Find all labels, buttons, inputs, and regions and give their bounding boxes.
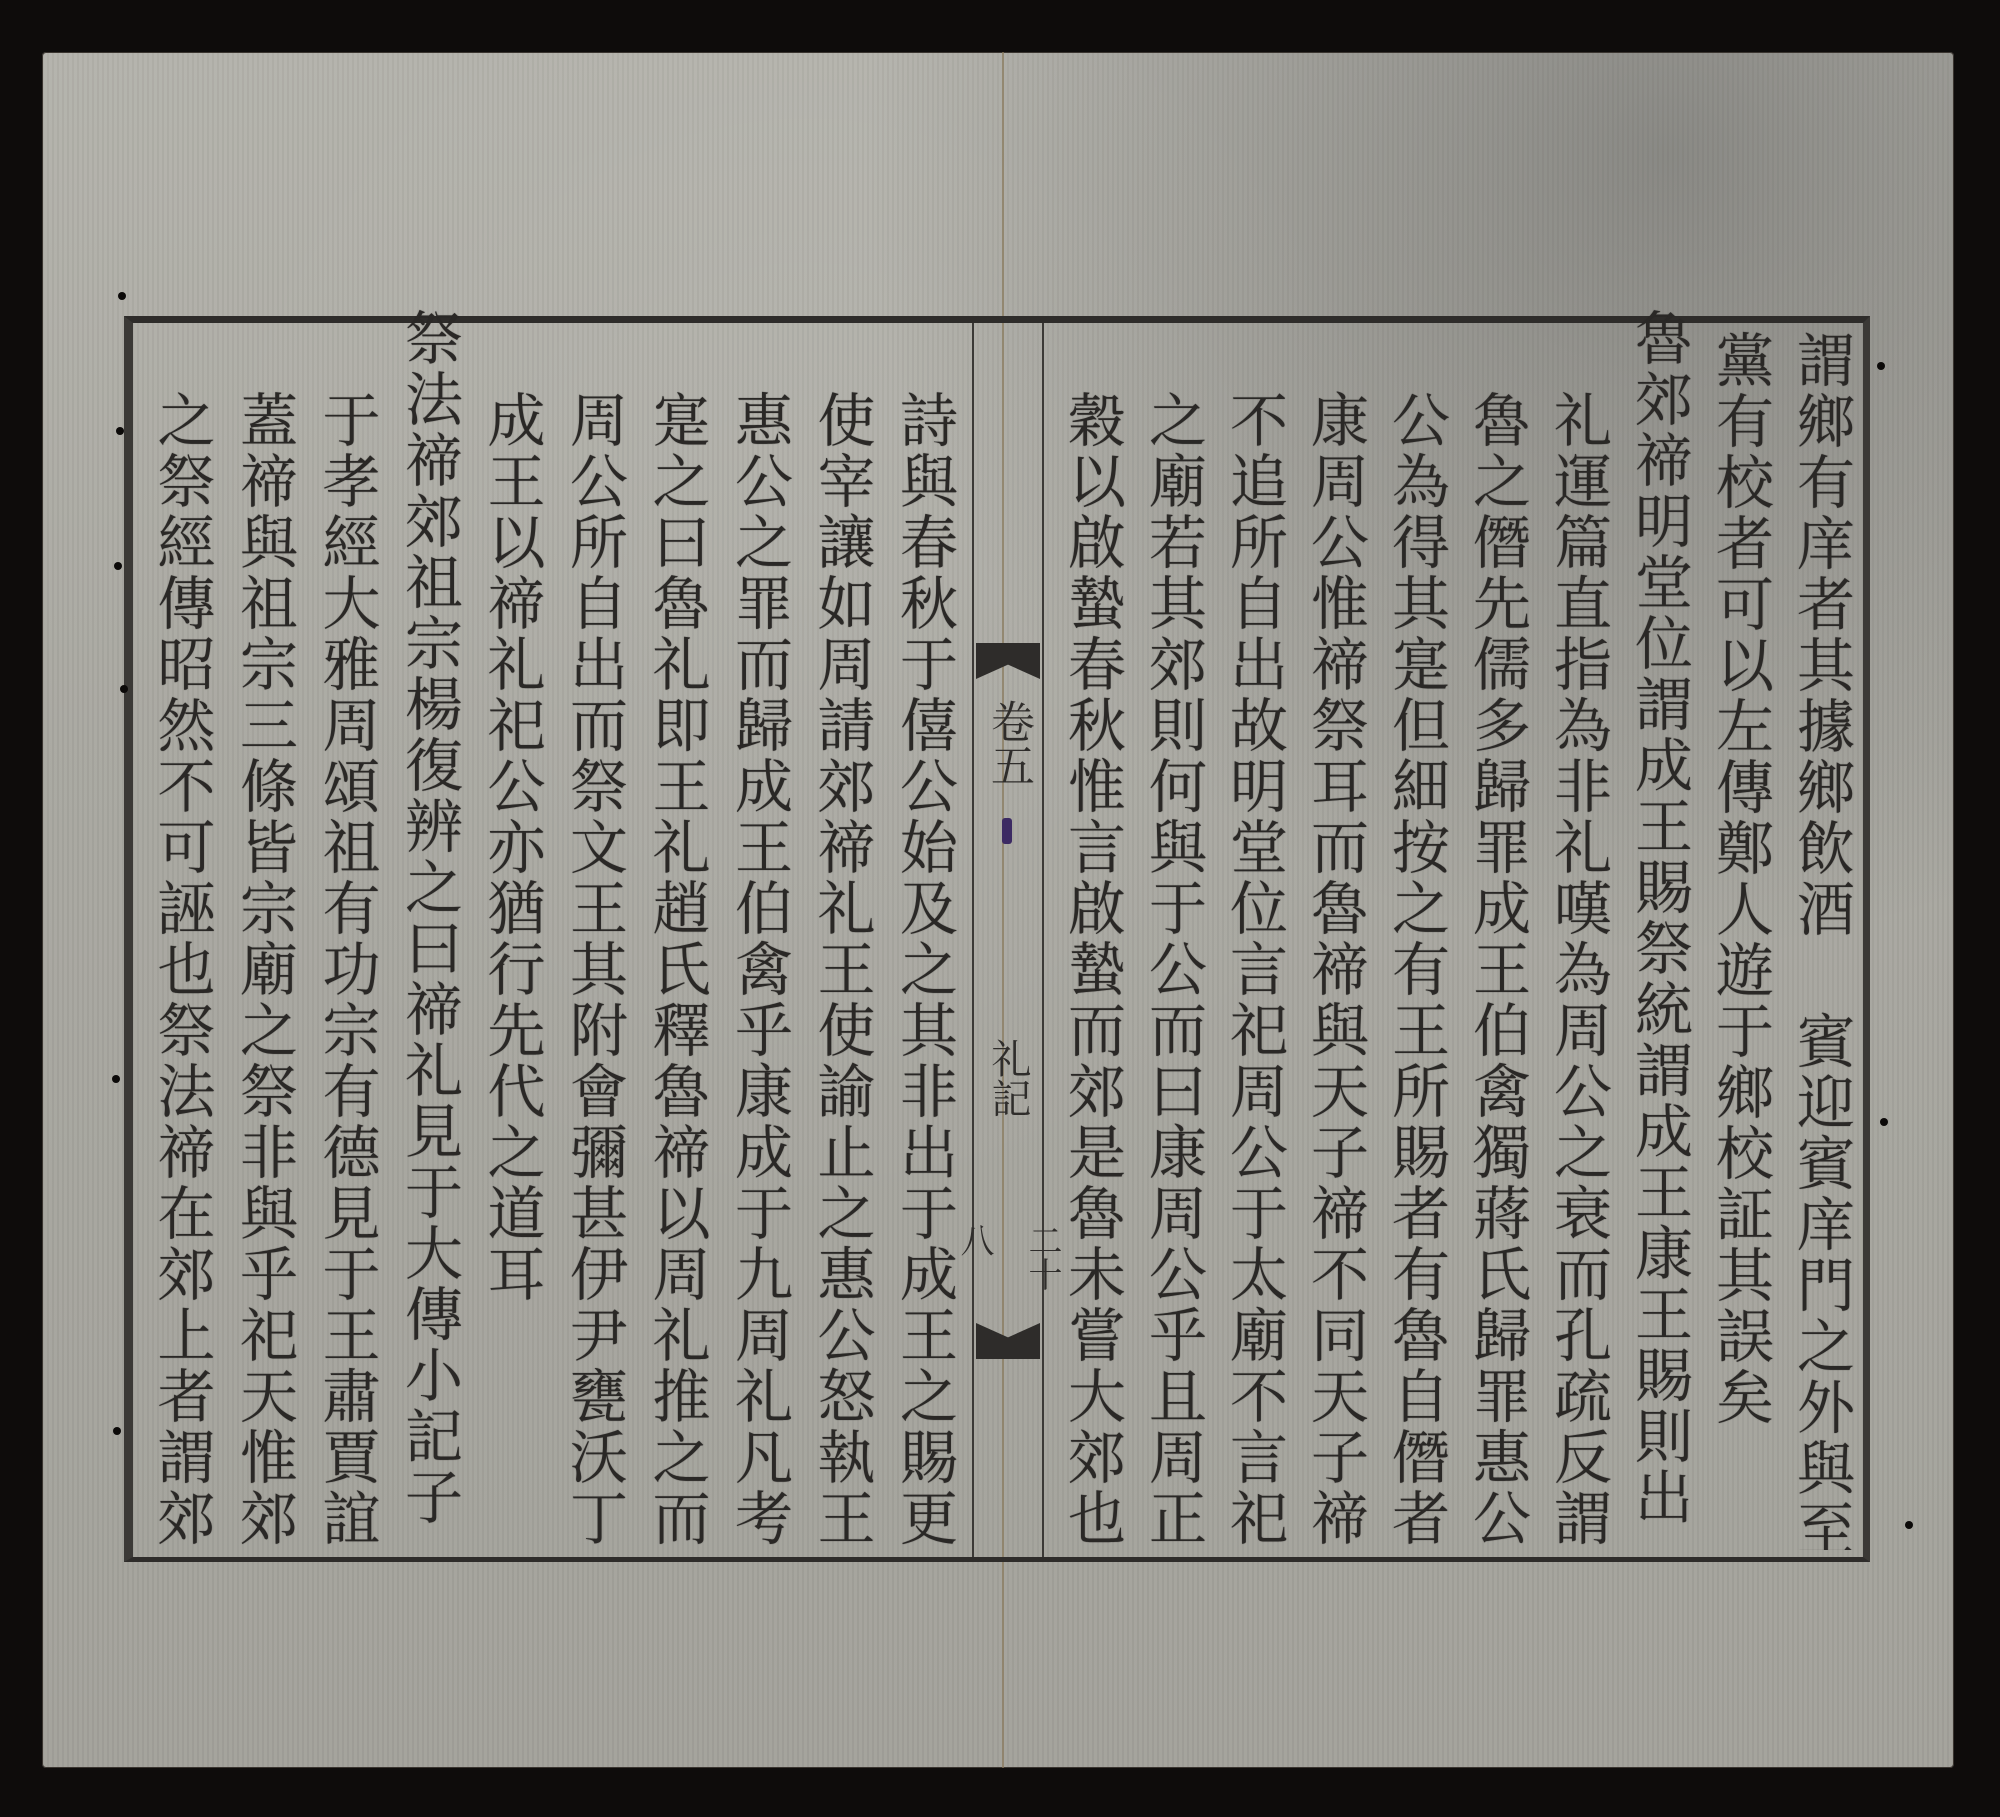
fishtail-top-ornament [976, 643, 1040, 679]
page-number: 二十八 [974, 1223, 1042, 1319]
fishtail-bottom-ornament [976, 1323, 1040, 1359]
text-column: 之祭經傳昭然不可誣也祭法禘在郊上者謂郊以祖配天禘 [140, 330, 223, 1550]
text-column: 穀以啟蟄春秋惟言啟蟄而郊是魯未嘗大郊也況祈穀之郊 [1050, 330, 1131, 1550]
text-column: 于孝經大雅周頌祖有功宗有德見于王肅賈誼劉歆韋元成 [305, 330, 388, 1550]
text-column: 謂鄉有庠者其據鄉飲酒 賓迎賓庠門之外與至鄉有校或謂 [1779, 330, 1860, 1550]
center-margin-column: 卷五 礼記 二十八 [972, 323, 1044, 1557]
left-half-leaf: 詩與春秋于僖公始及之其非出于成王之賜更明呂覽言魯 使宰讓如周請郊禘礼王使諭止之惠… [140, 330, 965, 1550]
right-half-leaf: 謂鄉有庠者其據鄉飲酒 賓迎賓庠門之外與至鄉有校或謂 黨有校者可以左傳鄭人遊于鄉校… [1050, 330, 1860, 1550]
text-column: 使宰讓如周請郊禘礼王使諭止之惠公怒執王使則安得以 [800, 330, 883, 1550]
text-column: 惠公之罪而歸成王伯禽乎康成于九周礼凡考者悉以魯礼 [718, 330, 801, 1550]
volume-label: 卷五 [974, 683, 1042, 803]
text-column: 寔之曰魯礼即王礼趙氏釋魯禘以周礼推之而曰魯禘必追 [635, 330, 718, 1550]
text-column: 祭法禘郊祖宗楊復辨之曰禘礼見于大傳小記子夏傳郊礼見 [388, 308, 471, 1528]
text-column: 詩與春秋于僖公始及之其非出于成王之賜更明呂覽言魯 [883, 330, 966, 1550]
text-column: 蓋禘與祖宗三條皆宗廟之祭非與乎祀天惟郊一條為配天 [223, 330, 306, 1550]
ink-stamp-mark [1002, 818, 1012, 844]
text-column: 之廟若其郊則何與于公而曰康周公乎且周正郊以至月祈 [1131, 330, 1212, 1550]
book-title: 礼記 [974, 1023, 1042, 1133]
text-column: 礼運篇直指為非礼嘆為周公之衰而孔疏反謂魯合郊禘乎 [1536, 330, 1617, 1550]
text-column: 公為得其寔但細按之有王所賜者有魯自僭者成王之賜以 [1374, 330, 1455, 1550]
text-column: 魯郊禘明堂位謂成王賜祭統謂成王康王賜則出于傳聞可知 [1617, 308, 1698, 1528]
text-column: 康周公惟禘祭耳而魯禘與天子禘不同天子禘所自出魯禘 [1293, 330, 1374, 1550]
text-column: 魯之僭先儒多歸罪成王伯禽獨蔣氏歸罪惠公郝氏歸罪僖 [1455, 330, 1536, 1550]
text-column: 成王以禘礼祀公亦猶行先代之道耳 [470, 330, 553, 1550]
text-column: 黨有校者可以左傳鄭人遊于鄉校証其誤矣 [1698, 330, 1779, 1550]
text-column: 周公所自出而祭文王其附會彌甚伊尹甕沃丁祀以天子礼 [553, 330, 636, 1550]
text-column: 不追所自出故明堂位言祀周公于太廟不言祀文王于周公 [1212, 330, 1293, 1550]
